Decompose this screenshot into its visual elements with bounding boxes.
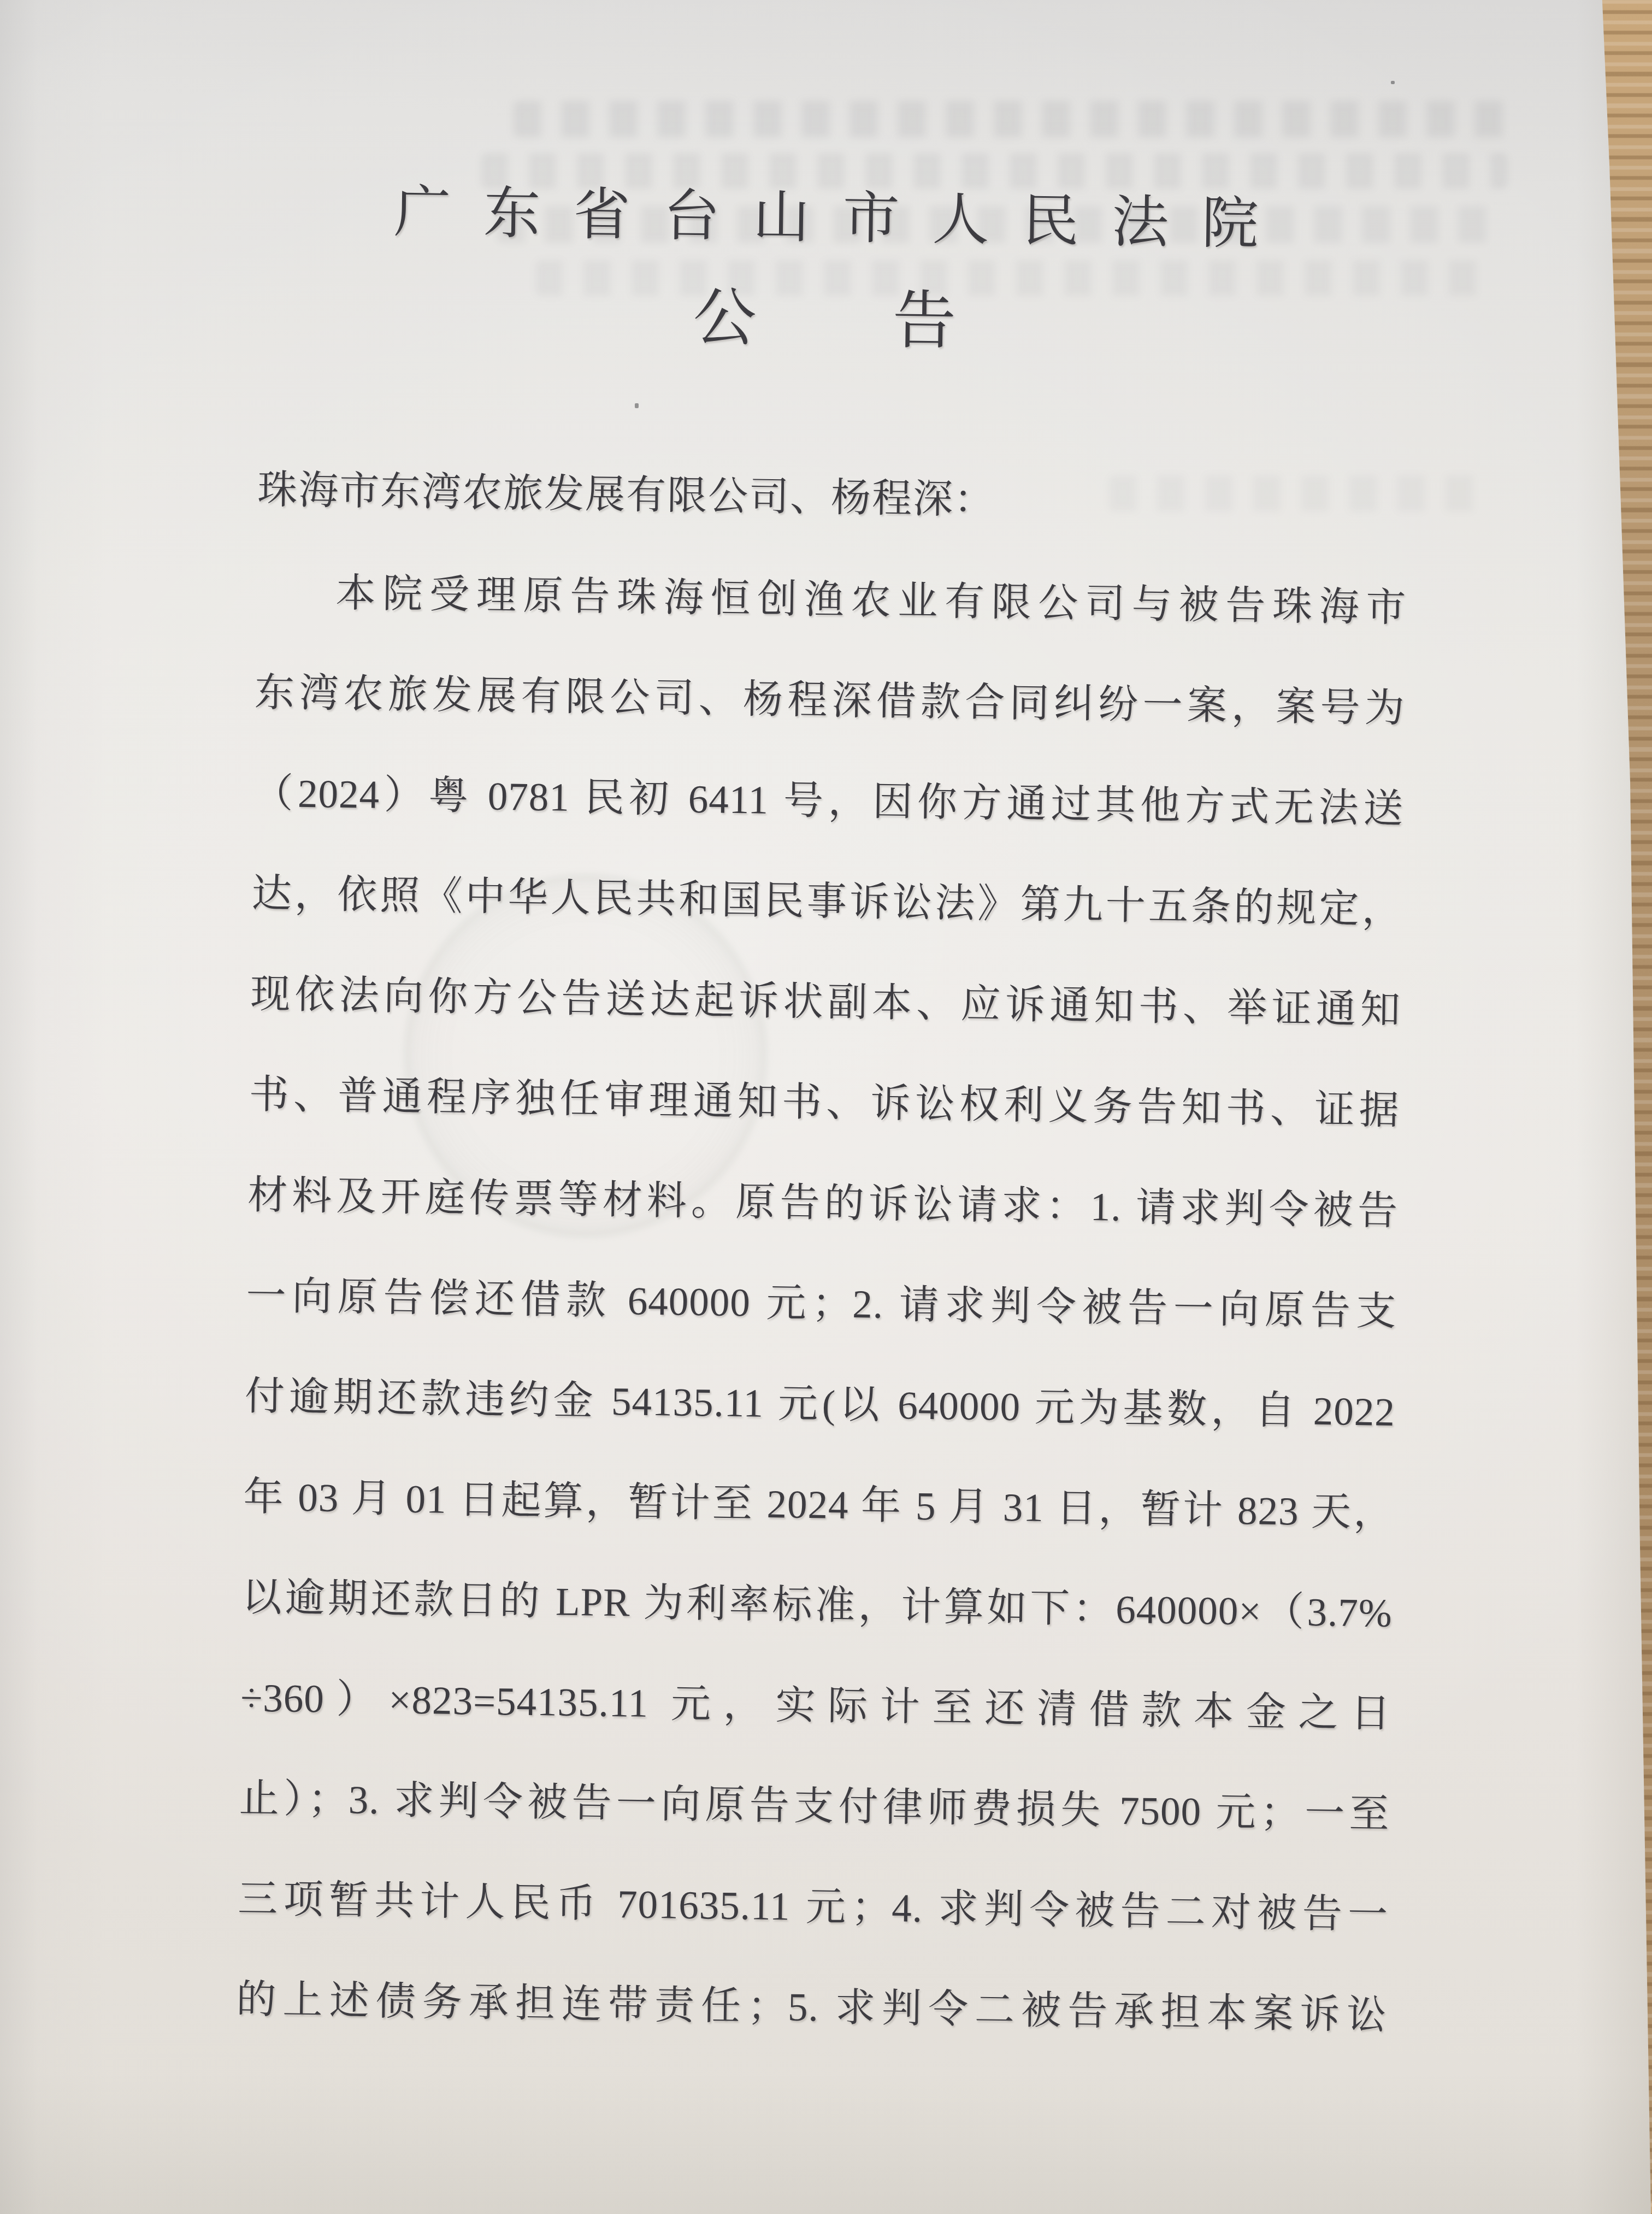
announcement-text: 广东省台山市人民法院 公告 珠海市东湾农旅发展有限公司、杨程深： 本院受理原告珠… xyxy=(0,0,1652,2069)
body-line-12: ÷360）×823=54135.11 元，实际计至还清借款本金之日 xyxy=(240,1647,1391,1764)
body-line-4: 达，依照《中华人民共和国民事诉讼法》第九十五条的规定， xyxy=(251,844,1403,960)
document-page: 广东省台山市人民法院 公告 珠海市东湾农旅发展有限公司、杨程深： 本院受理原告珠… xyxy=(0,0,1652,2203)
body-line-1: 本院受理原告珠海恒创渔农业有限公司与被告珠海市 xyxy=(255,542,1407,658)
body-line-5: 现依法向你方公告送达起诉状副本、应诉通知书、举证通知 xyxy=(250,944,1401,1061)
body-text-column: 珠海市东湾农旅发展有限公司、杨程深： 本院受理原告珠海恒创渔农业有限公司与被告珠… xyxy=(0,434,1649,2069)
body-line-14: 三项暂共计人民币 701635.11 元；4. 求判令被告二对被告一 xyxy=(237,1848,1389,1965)
body-line-6: 书、普通程序独任审理通知书、诉讼权利义务告知书、证据 xyxy=(249,1045,1400,1161)
body-line-11: 以逾期还款日的 LPR 为利率标准，计算如下：640000×（3.7% xyxy=(241,1547,1393,1663)
body-line-2: 东湾农旅发展有限公司、杨程深借款合同纠纷一案，案号为 xyxy=(254,643,1406,759)
body-line-13: 止）；3. 求判令被告一向原告支付律师费损失 7500 元；一至 xyxy=(239,1748,1390,1864)
body-line-10: 年 03 月 01 日起算，暂计至 2024 年 5 月 31 日，暂计 823… xyxy=(243,1447,1394,1563)
court-name: 广东省台山市人民法院 xyxy=(16,169,1652,268)
addressee-line: 珠海市东湾农旅发展有限公司、杨程深： xyxy=(257,438,1408,558)
body-line-3: （2024）粤 0781 民初 6411 号，因你方通过其他方式无法送 xyxy=(252,743,1404,859)
notice-title: 公告 xyxy=(66,266,1652,376)
photo-scene: 广东省台山市人民法院 公告 珠海市东湾农旅发展有限公司、杨程深： 本院受理原告珠… xyxy=(0,0,1652,2203)
body-line-8: 一向原告偿还借款 640000 元；2. 请求判令被告一向原告支 xyxy=(245,1246,1397,1362)
body-line-7: 材料及开庭传票等材料。原告的诉讼请求：1. 请求判令被告 xyxy=(247,1145,1399,1262)
body-line-15: 的上述债务承担连带责任；5. 求判令二被告承担本案诉讼 xyxy=(235,1949,1387,2065)
body-line-9: 付逾期还款违约金 54135.11 元(以 640000 元为基数，自 2022 xyxy=(244,1346,1396,1463)
